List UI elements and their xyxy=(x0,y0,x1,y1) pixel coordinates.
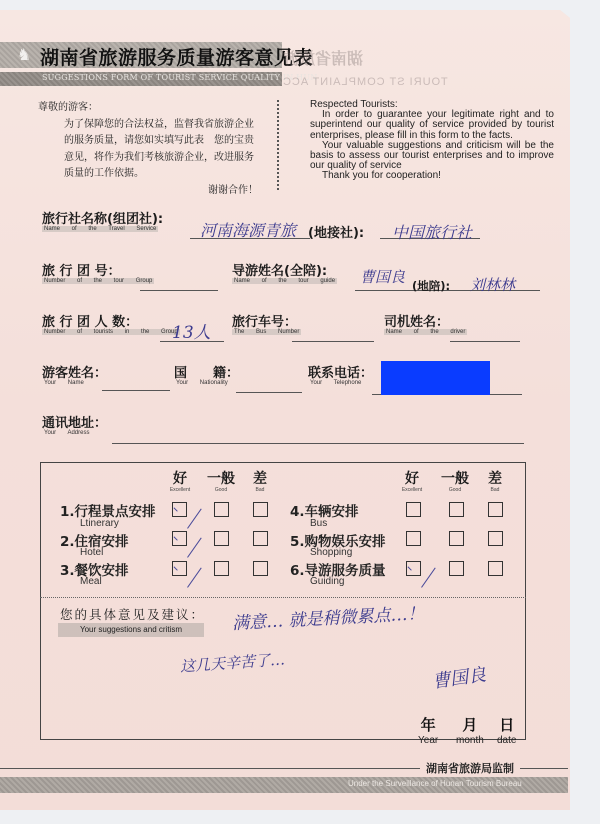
group-size-label: 旅 行 团 人 数： xyxy=(42,311,138,330)
checkbox-meal-good[interactable] xyxy=(214,561,229,576)
suggestions-label-en: Your suggestions and critism xyxy=(58,623,204,637)
footer-issuer: 湖南省旅游局监制 xyxy=(420,760,520,776)
checkbox-hotel-bad[interactable] xyxy=(253,531,268,546)
address-field[interactable] xyxy=(112,443,524,444)
checkbox-itinerary-bad[interactable] xyxy=(253,502,268,517)
guide-label-en: Name of the tour guide xyxy=(232,278,337,284)
checkbox-meal-excellent[interactable] xyxy=(172,561,187,576)
tour-number-label: 旅 行 团 号： xyxy=(42,260,121,279)
checkbox-bus-excellent[interactable] xyxy=(406,502,421,517)
driver-field[interactable] xyxy=(450,341,520,342)
checkbox-guiding-excellent[interactable] xyxy=(406,561,421,576)
divider xyxy=(277,100,279,190)
tour-number-field[interactable] xyxy=(140,290,218,291)
local-guide-value: 刘林林 xyxy=(470,274,515,295)
col-bad-left: 差Bad xyxy=(245,472,275,493)
driver-label-en: Name of the driver xyxy=(384,329,467,335)
bleed-through-title: 湖南省旅游 xyxy=(283,46,363,69)
local-agency-value: 中国旅行社 xyxy=(392,220,472,243)
bus-number-label-en: The Bus Number xyxy=(232,329,301,335)
group-size-value: 13人 xyxy=(172,318,211,343)
checkbox-shopping-bad[interactable] xyxy=(488,531,503,546)
intro-thanks-cn: 谢谢合作！ xyxy=(38,183,258,200)
guide-value: 曹国良 xyxy=(360,266,405,287)
address-label: 通讯地址： xyxy=(42,412,107,431)
checkbox-itinerary-good[interactable] xyxy=(214,502,229,517)
guide-label: 导游姓名(全陪): xyxy=(232,260,327,279)
col-bad-right: 差Bad xyxy=(480,472,510,493)
intro-body-cn: 为了保障您的合法权益，监督我省旅游企业的服务质量，请您如实填写此表 您的宝贵意见… xyxy=(38,117,258,183)
bus-number-field[interactable] xyxy=(292,341,374,342)
intro-greeting-cn: 尊敬的游客： xyxy=(38,100,258,117)
date-month[interactable]: 月month xyxy=(456,714,484,746)
dotted-divider xyxy=(40,597,526,598)
local-agency-label: (地接社): xyxy=(308,222,364,241)
col-good-right: 一般Good xyxy=(437,472,473,493)
col-excellent-left: 好Excellent xyxy=(165,472,195,493)
intro-paragraph-2: Your valuable suggestions and criticism … xyxy=(310,141,554,172)
tourist-name-label-en: Your Name xyxy=(42,380,86,386)
checkbox-itinerary-excellent[interactable] xyxy=(172,502,187,517)
tour-number-label-en: Number of the tour Group xyxy=(42,278,154,284)
checkbox-guiding-bad[interactable] xyxy=(488,561,503,576)
group-size-label-en: Number of tourists in the Group xyxy=(42,329,180,335)
checkbox-shopping-excellent[interactable] xyxy=(406,531,421,546)
redacted-phone-block xyxy=(381,361,490,395)
address-label-en: Your Address xyxy=(42,430,91,436)
nationality-label-en: Your Nationality xyxy=(174,380,230,386)
intro-chinese: 尊敬的游客： 为了保障您的合法权益，监督我省旅游企业的服务质量，请您如实填写此表… xyxy=(38,100,258,199)
checkbox-bus-good[interactable] xyxy=(449,502,464,517)
col-good-left: 一般Good xyxy=(203,472,239,493)
col-excellent-right: 好Excellent xyxy=(397,472,427,493)
intro-thanks-en: Thank you for cooperation! xyxy=(310,171,554,181)
driver-label: 司机姓名： xyxy=(384,311,449,330)
checkbox-meal-bad[interactable] xyxy=(253,561,268,576)
checkbox-hotel-good[interactable] xyxy=(214,531,229,546)
checkbox-hotel-excellent[interactable] xyxy=(172,531,187,546)
checkbox-bus-bad[interactable] xyxy=(488,502,503,517)
form-title: 湖南省旅游服务质量游客意见表 xyxy=(40,43,313,70)
agency-label: 旅行社名称(组团社): xyxy=(42,208,163,227)
phone-label-en: Your Telephone xyxy=(308,380,363,386)
form-subtitle: SUGGESTIONS FORM OF TOURIST SERVICE QUAL… xyxy=(42,73,318,82)
checkbox-shopping-good[interactable] xyxy=(449,531,464,546)
footer-issuer-en: Under the Surveillance of Hunan Tourism … xyxy=(348,779,522,788)
suggestions-label: 您的具体意见及建议： xyxy=(60,605,205,623)
intro-paragraph-1: In order to guarantee your legitimate ri… xyxy=(310,110,554,141)
intro-english: Respected Tourists: In order to guarante… xyxy=(310,100,554,182)
date-year[interactable]: 年Year xyxy=(418,714,438,746)
tourist-name-field[interactable] xyxy=(102,390,170,391)
nationality-label: 国 籍： xyxy=(174,362,239,381)
bus-number-label: 旅行车号： xyxy=(232,311,297,330)
local-guide-label: (地陪): xyxy=(412,278,450,294)
agency-value: 河南海源青旅 xyxy=(200,218,296,241)
agency-label-en: Name of the Travel Service xyxy=(42,226,158,232)
tourist-name-label: 游客姓名： xyxy=(42,362,107,381)
horse-logo-icon: ♞ xyxy=(14,45,34,65)
nationality-field[interactable] xyxy=(236,392,302,393)
bleed-through-subtitle: TOURI ST COMPLAINT ACC xyxy=(282,76,448,88)
date-day[interactable]: 日date xyxy=(497,714,516,746)
checkbox-guiding-good[interactable] xyxy=(449,561,464,576)
phone-label: 联系电话： xyxy=(308,362,373,381)
